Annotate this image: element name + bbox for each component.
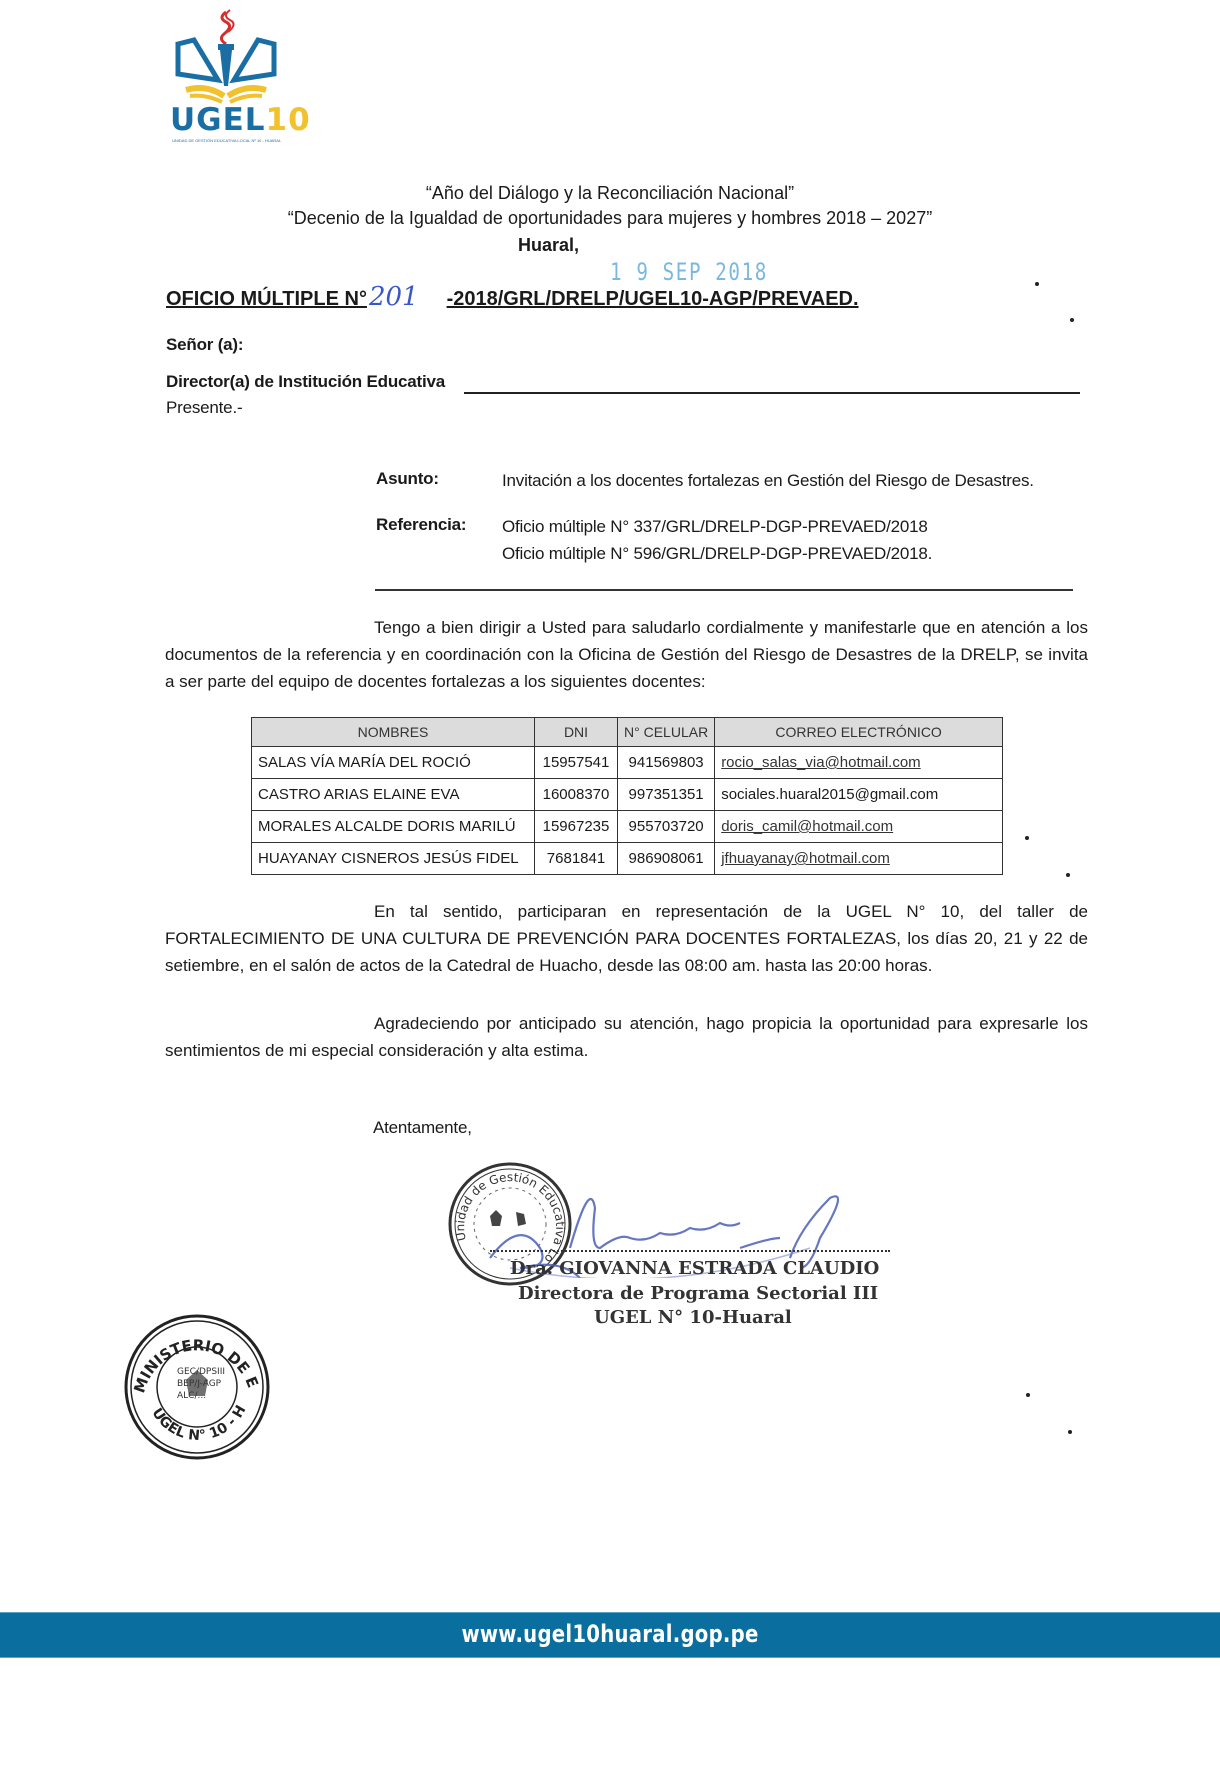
scan-speck [1070,318,1074,322]
recipient-blank-line [464,392,1080,394]
cell-nombre: SALAS VÍA MARÍA DEL ROCIÓ [252,747,535,779]
farewell: Atentamente, [373,1118,472,1138]
city-line: Huaral, [518,235,579,256]
scan-speck [1035,282,1039,286]
table-row: CASTRO ARIAS ELAINE EVA16008370997351351… [252,779,1003,811]
col-header-nombres: NOMBRES [252,718,535,747]
paragraph-text: En tal sentido, participaran en represen… [165,898,1088,979]
logo-subtitle: UNIDAD DE GESTIÓN EDUCATIVA LOCAL Nº 10 … [172,138,281,143]
cell-correo: jfhuayanay@hotmail.com [715,843,1003,875]
cell-nombre: CASTRO ARIAS ELAINE EVA [252,779,535,811]
signature-line [490,1250,890,1252]
signer-org: UGEL N° 10-Huaral [594,1307,792,1328]
cell-nombre: HUAYANAY CISNEROS JESÚS FIDEL [252,843,535,875]
cell-nombre: MORALES ALCALDE DORIS MARILÚ [252,811,535,843]
reference-suffix: -2018/GRL/DRELP/UGEL10-AGP/PREVAED. [447,288,859,310]
logo-wordmark: UGEL10 [170,102,311,138]
cell-celular: 941569803 [618,747,715,779]
asunto-value: Invitación a los docentes fortalezas en … [502,471,1034,491]
body-paragraph-2: En tal sentido, participaran en represen… [165,898,1088,979]
col-header-dni: DNI [535,718,618,747]
email-link[interactable]: rocio_salas_via@hotmail.com [721,754,920,771]
scan-speck [1025,836,1029,840]
recipient-label: Director(a) de Institución Educativa [166,372,445,392]
scan-speck [1066,873,1070,877]
logo-name-part: UGEL [170,102,266,138]
cell-dni: 7681841 [535,843,618,875]
paragraph-text: Tengo a bien dirigir a Usted para saluda… [165,614,1088,695]
table-row: MORALES ALCALDE DORIS MARILÚ159672359557… [252,811,1003,843]
signer-name: Dra. GIOVANNA ESTRADA CLAUDIO [510,1258,879,1279]
footer-website-link[interactable]: www.ugel10huaral.gop.pe [110,1620,1110,1648]
signer-title: Directora de Programa Sectorial III [518,1283,878,1304]
handwritten-number: 201 [369,282,419,312]
divider [375,589,1073,591]
col-header-correo: CORREO ELECTRÓNICO [715,718,1003,747]
referencia-label: Referencia: [376,515,466,535]
salutation: Señor (a): [166,335,243,355]
motto-decade: “Decenio de la Igualdad de oportunidades… [0,208,1220,229]
cell-celular: 955703720 [618,811,715,843]
cell-celular: 997351351 [618,779,715,811]
cell-dni: 15967235 [535,811,618,843]
email-link[interactable]: jfhuayanay@hotmail.com [721,850,890,867]
referencia-item: Oficio múltiple N° 337/GRL/DRELP-DGP-PRE… [502,517,928,537]
motto-year: “Año del Diálogo y la Reconciliación Nac… [0,183,1220,204]
col-header-celular: N° CELULAR [618,718,715,747]
cell-correo: sociales.huaral2015@gmail.com [715,779,1003,811]
scan-speck [1026,1393,1030,1397]
logo-number: 10 [266,102,311,138]
paragraph-text: Agradeciendo por anticipado su atención,… [165,1010,1088,1064]
ministry-seal-icon: MINISTERIO DE EDUCACIÓN UGEL N° 10 - Hua… [122,1312,272,1462]
cell-dni: 16008370 [535,779,618,811]
cell-correo: rocio_salas_via@hotmail.com [715,747,1003,779]
table-row: SALAS VÍA MARÍA DEL ROCIÓ159575419415698… [252,747,1003,779]
table-row: HUAYANAY CISNEROS JESÚS FIDEL76818419869… [252,843,1003,875]
referencia-item: Oficio múltiple N° 596/GRL/DRELP-DGP-PRE… [502,544,932,564]
presente-label: Presente.- [166,398,242,418]
asunto-label: Asunto: [376,469,439,489]
table-header-row: NOMBRES DNI N° CELULAR CORREO ELECTRÓNIC… [252,718,1003,747]
cell-dni: 15957541 [535,747,618,779]
body-paragraph-1: Tengo a bien dirigir a Usted para saluda… [165,614,1088,695]
reference-prefix: OFICIO MÚLTIPLE N° [166,288,367,310]
cell-celular: 986908061 [618,843,715,875]
docentes-table: NOMBRES DNI N° CELULAR CORREO ELECTRÓNIC… [251,717,1003,875]
email-link[interactable]: doris_camil@hotmail.com [721,818,893,835]
body-paragraph-3: Agradeciendo por anticipado su atención,… [165,1010,1088,1064]
document-reference: OFICIO MÚLTIPLE N°201-2018/GRL/DRELP/UGE… [166,282,859,312]
cell-correo: doris_camil@hotmail.com [715,811,1003,843]
scan-speck [1068,1430,1072,1434]
